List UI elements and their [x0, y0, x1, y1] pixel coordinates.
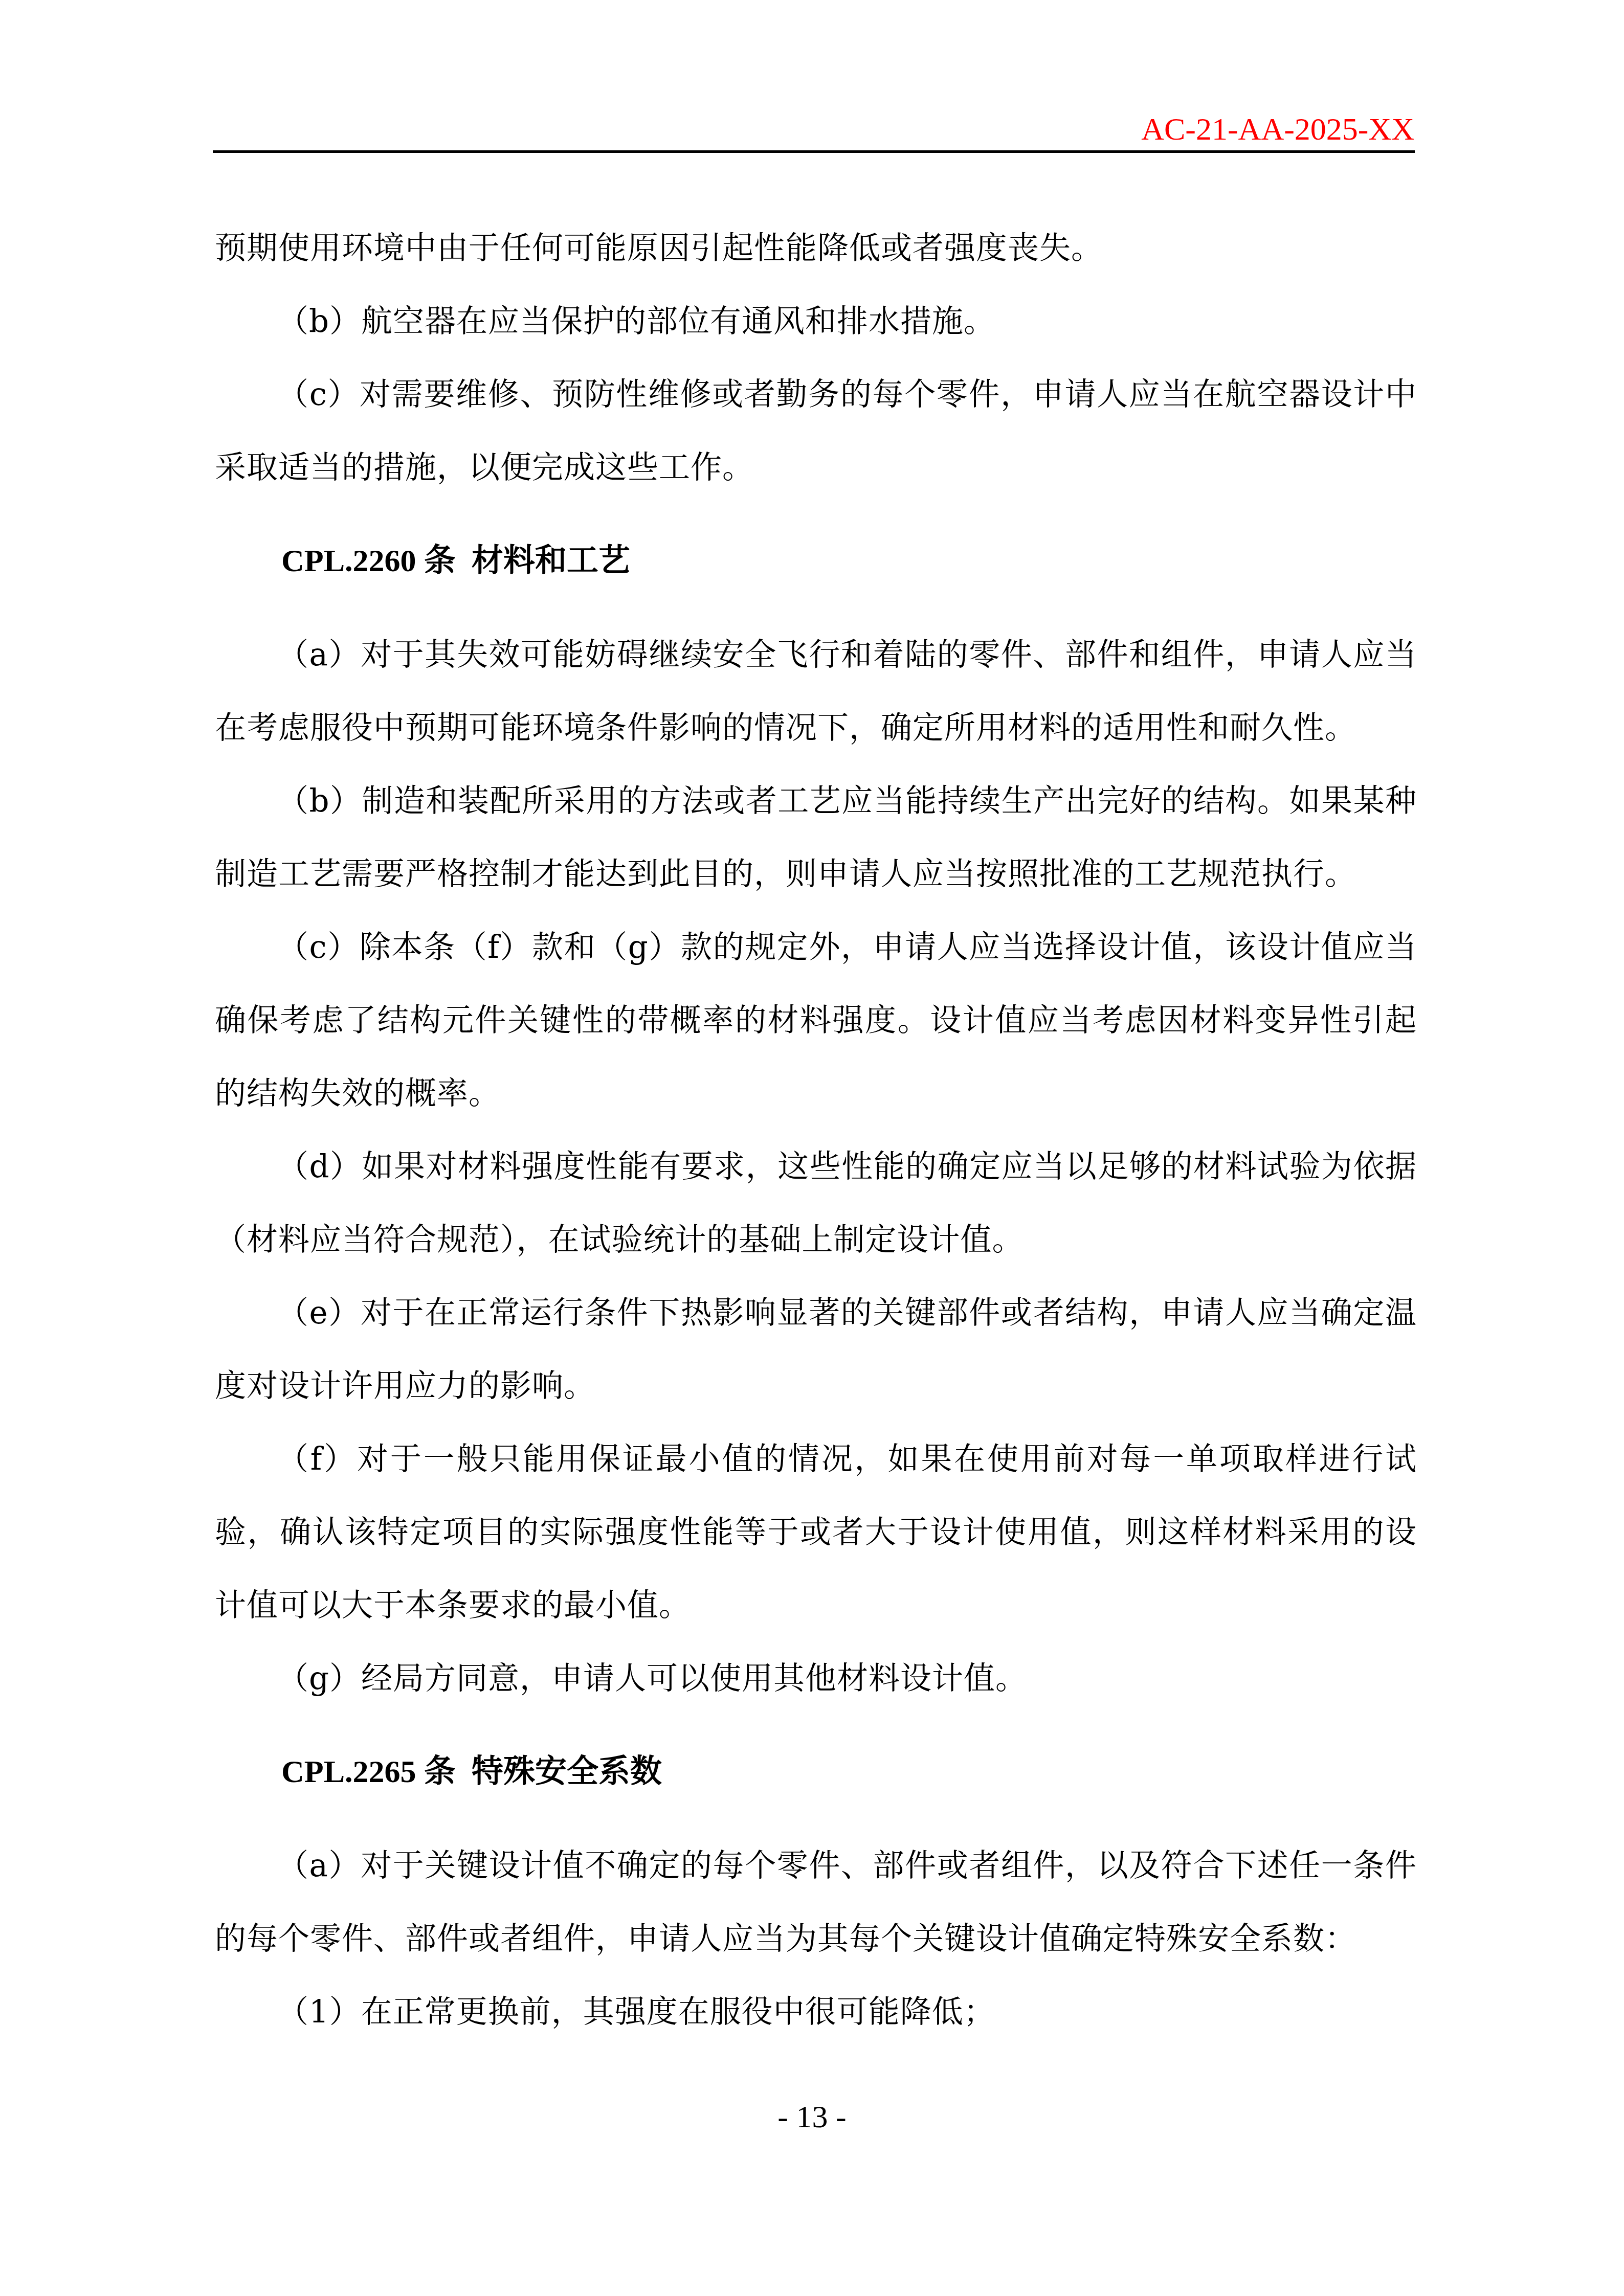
- section-number: CPL.2265 条: [281, 1754, 456, 1789]
- section-heading: CPL.2260 条 材料和工艺: [281, 525, 1417, 598]
- paragraph-continuation: 预期使用环境中由于任何可能原因引起性能降低或者强度丧失。: [215, 212, 1417, 285]
- paragraph-g: （g）经局方同意，申请人可以使用其他材料设计值。: [215, 1642, 1417, 1715]
- list-item-1: （1）在正常更换前，其强度在服役中很可能降低；: [215, 1975, 1417, 2049]
- section-cpl-2260: CPL.2260 条 材料和工艺 （a）对于其失效可能妨碍继续安全飞行和着陆的零…: [215, 525, 1417, 1715]
- section-cpl-2265: CPL.2265 条 特殊安全系数 （a）对于关键设计值不确定的每个零件、部件或…: [215, 1736, 1417, 2049]
- page-content: 预期使用环境中由于任何可能原因引起性能降低或者强度丧失。 （b）航空器在应当保护…: [215, 212, 1417, 2049]
- paragraph-b: （b）制造和装配所采用的方法或者工艺应当能持续生产出完好的结构。如果某种制造工艺…: [215, 764, 1417, 911]
- paragraph-f: （f）对于一般只能用保证最小值的情况，如果在使用前对每一单项取样进行试验，确认该…: [215, 1423, 1417, 1642]
- paragraph-b: （b）航空器在应当保护的部位有通风和排水措施。: [215, 285, 1417, 358]
- document-code: AC-21-AA-2025-XX: [1141, 114, 1414, 145]
- section-heading: CPL.2265 条 特殊安全系数: [281, 1736, 1417, 1809]
- paragraph-d: （d）如果对材料强度性能有要求，这些性能的确定应当以足够的材料试验为依据（材料应…: [215, 1130, 1417, 1276]
- paragraph-a: （a）对于其失效可能妨碍继续安全飞行和着陆的零件、部件和组件，申请人应当在考虑服…: [215, 618, 1417, 764]
- paragraph-e: （e）对于在正常运行条件下热影响显著的关键部件或者结构，申请人应当确定温度对设计…: [215, 1276, 1417, 1423]
- paragraph-c: （c）除本条（f）款和（g）款的规定外，申请人应当选择设计值，该设计值应当确保考…: [215, 911, 1417, 1130]
- section-title: 材料和工艺: [472, 544, 630, 578]
- section-number: CPL.2260 条: [281, 544, 456, 578]
- section-title: 特殊安全系数: [472, 1754, 662, 1789]
- page-number: - 13 -: [0, 2099, 1624, 2135]
- header-divider: [213, 150, 1415, 153]
- paragraph-c: （c）对需要维修、预防性维修或者勤务的每个零件，申请人应当在航空器设计中采取适当…: [215, 358, 1417, 504]
- paragraph-a: （a）对于关键设计值不确定的每个零件、部件或者组件，以及符合下述任一条件的每个零…: [215, 1829, 1417, 1975]
